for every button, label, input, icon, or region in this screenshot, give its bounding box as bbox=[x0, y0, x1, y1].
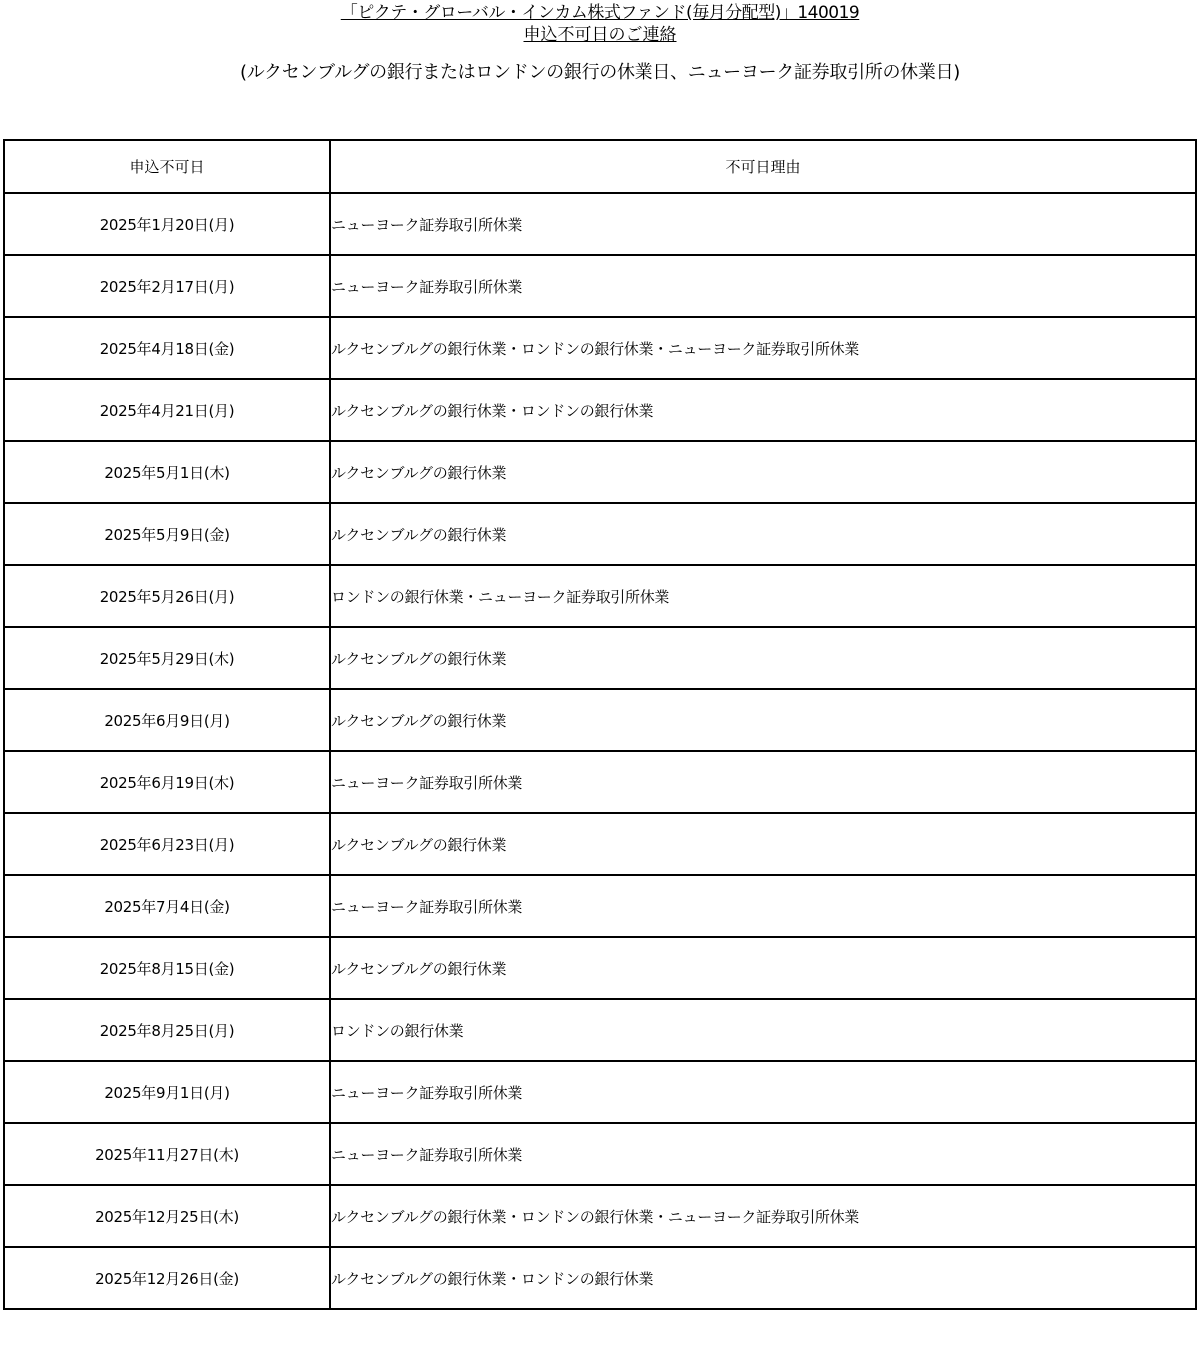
table-row: 2025年5月9日(金)ルクセンブルグの銀行休業 bbox=[4, 503, 1196, 565]
date-cell: 2025年5月1日(木) bbox=[4, 441, 330, 503]
date-cell: 2025年8月25日(月) bbox=[4, 999, 330, 1061]
date-cell: 2025年9月1日(月) bbox=[4, 1061, 330, 1123]
date-cell: 2025年7月4日(金) bbox=[4, 875, 330, 937]
table-row: 2025年8月25日(月)ロンドンの銀行休業 bbox=[4, 999, 1196, 1061]
reason-cell: ニューヨーク証券取引所休業 bbox=[330, 751, 1196, 813]
reason-cell: ルクセンブルグの銀行休業・ロンドンの銀行休業 bbox=[330, 379, 1196, 441]
reason-cell: ニューヨーク証券取引所休業 bbox=[330, 875, 1196, 937]
table-row: 2025年12月25日(木)ルクセンブルグの銀行休業・ロンドンの銀行休業・ニュー… bbox=[4, 1185, 1196, 1247]
date-cell: 2025年12月26日(金) bbox=[4, 1247, 330, 1309]
reason-cell: ロンドンの銀行休業・ニューヨーク証券取引所休業 bbox=[330, 565, 1196, 627]
table-row: 2025年9月1日(月)ニューヨーク証券取引所休業 bbox=[4, 1061, 1196, 1123]
reason-cell: ニューヨーク証券取引所休業 bbox=[330, 255, 1196, 317]
document-title: 「ピクテ・グローバル・インカム株式ファンド(毎月分配型)」140019 bbox=[0, 2, 1200, 24]
date-cell: 2025年12月25日(木) bbox=[4, 1185, 330, 1247]
reason-cell: ニューヨーク証券取引所休業 bbox=[330, 193, 1196, 255]
reason-cell: ニューヨーク証券取引所休業 bbox=[330, 1061, 1196, 1123]
table-row: 2025年2月17日(月)ニューヨーク証券取引所休業 bbox=[4, 255, 1196, 317]
reason-cell: ルクセンブルグの銀行休業・ロンドンの銀行休業 bbox=[330, 1247, 1196, 1309]
reason-cell: ルクセンブルグの銀行休業 bbox=[330, 627, 1196, 689]
table-body: 2025年1月20日(月)ニューヨーク証券取引所休業 2025年2月17日(月)… bbox=[4, 193, 1196, 1309]
table-row: 2025年6月19日(木)ニューヨーク証券取引所休業 bbox=[4, 751, 1196, 813]
table-row: 2025年11月27日(木)ニューヨーク証券取引所休業 bbox=[4, 1123, 1196, 1185]
table-row: 2025年6月9日(月)ルクセンブルグの銀行休業 bbox=[4, 689, 1196, 751]
table-row: 2025年5月1日(木)ルクセンブルグの銀行休業 bbox=[4, 441, 1196, 503]
column-header-reason: 不可日理由 bbox=[330, 140, 1196, 193]
table-row: 2025年4月21日(月)ルクセンブルグの銀行休業・ロンドンの銀行休業 bbox=[4, 379, 1196, 441]
date-cell: 2025年6月19日(木) bbox=[4, 751, 330, 813]
date-cell: 2025年11月27日(木) bbox=[4, 1123, 330, 1185]
reason-cell: ルクセンブルグの銀行休業 bbox=[330, 689, 1196, 751]
table-row: 2025年1月20日(月)ニューヨーク証券取引所休業 bbox=[4, 193, 1196, 255]
date-cell: 2025年6月9日(月) bbox=[4, 689, 330, 751]
date-cell: 2025年6月23日(月) bbox=[4, 813, 330, 875]
table-row: 2025年5月26日(月)ロンドンの銀行休業・ニューヨーク証券取引所休業 bbox=[4, 565, 1196, 627]
date-cell: 2025年2月17日(月) bbox=[4, 255, 330, 317]
date-cell: 2025年4月18日(金) bbox=[4, 317, 330, 379]
reason-cell: ルクセンブルグの銀行休業 bbox=[330, 441, 1196, 503]
table-row: 2025年8月15日(金)ルクセンブルグの銀行休業 bbox=[4, 937, 1196, 999]
table-row: 2025年5月29日(木)ルクセンブルグの銀行休業 bbox=[4, 627, 1196, 689]
holiday-table: 申込不可日 不可日理由 2025年1月20日(月)ニューヨーク証券取引所休業 2… bbox=[3, 139, 1197, 1310]
reason-cell: ニューヨーク証券取引所休業 bbox=[330, 1123, 1196, 1185]
document-subtitle: 申込不可日のご連絡 bbox=[0, 24, 1200, 46]
table-row: 2025年12月26日(金)ルクセンブルグの銀行休業・ロンドンの銀行休業 bbox=[4, 1247, 1196, 1309]
date-cell: 2025年5月9日(金) bbox=[4, 503, 330, 565]
table-header-row: 申込不可日 不可日理由 bbox=[4, 140, 1196, 193]
table-row: 2025年6月23日(月)ルクセンブルグの銀行休業 bbox=[4, 813, 1196, 875]
table-row: 2025年4月18日(金)ルクセンブルグの銀行休業・ロンドンの銀行休業・ニューヨ… bbox=[4, 317, 1196, 379]
document-note: (ルクセンブルグの銀行またはロンドンの銀行の休業日、ニューヨーク証券取引所の休業… bbox=[0, 62, 1200, 84]
column-header-date: 申込不可日 bbox=[4, 140, 330, 193]
reason-cell: ルクセンブルグの銀行休業・ロンドンの銀行休業・ニューヨーク証券取引所休業 bbox=[330, 317, 1196, 379]
date-cell: 2025年4月21日(月) bbox=[4, 379, 330, 441]
date-cell: 2025年8月15日(金) bbox=[4, 937, 330, 999]
reason-cell: ルクセンブルグの銀行休業 bbox=[330, 813, 1196, 875]
date-cell: 2025年5月26日(月) bbox=[4, 565, 330, 627]
table-row: 2025年7月4日(金)ニューヨーク証券取引所休業 bbox=[4, 875, 1196, 937]
reason-cell: ルクセンブルグの銀行休業 bbox=[330, 503, 1196, 565]
date-cell: 2025年5月29日(木) bbox=[4, 627, 330, 689]
reason-cell: ルクセンブルグの銀行休業 bbox=[330, 937, 1196, 999]
reason-cell: ルクセンブルグの銀行休業・ロンドンの銀行休業・ニューヨーク証券取引所休業 bbox=[330, 1185, 1196, 1247]
date-cell: 2025年1月20日(月) bbox=[4, 193, 330, 255]
reason-cell: ロンドンの銀行休業 bbox=[330, 999, 1196, 1061]
